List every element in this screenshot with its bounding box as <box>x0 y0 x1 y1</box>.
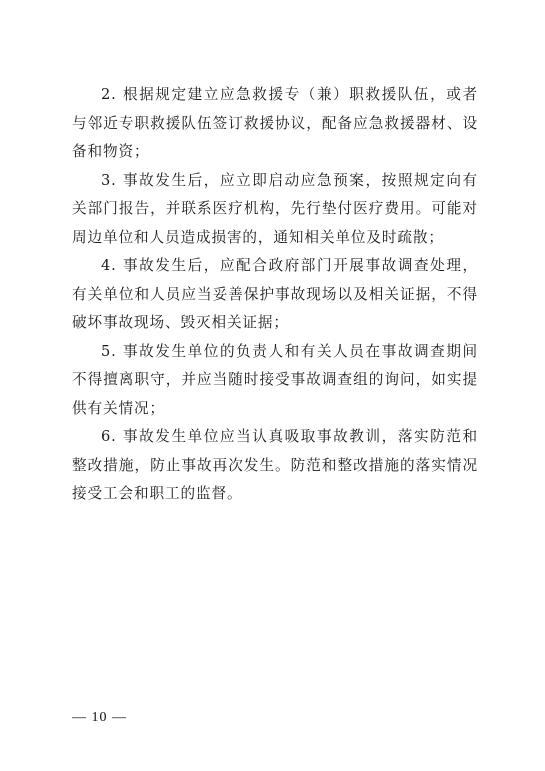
paragraph-item-4: 4. 事故发生后，应配合政府部门开展事故调查处理，有关单位和人员应当妥善保护事故… <box>72 252 478 338</box>
document-body: 2. 根据规定建立应急救援专（兼）职救援队伍，或者与邻近专职救援队伍签订救援协议… <box>72 81 478 509</box>
paragraph-item-2: 2. 根据规定建立应急救援专（兼）职救援队伍，或者与邻近专职救援队伍签订救援协议… <box>72 81 478 167</box>
paragraph-item-6: 6. 事故发生单位应当认真吸取事故教训，落实防范和整改措施，防止事故再次发生。防… <box>72 423 478 509</box>
paragraph-item-3: 3. 事故发生后，应立即启动应急预案，按照规定向有关部门报告，并联系医疗机构，先… <box>72 167 478 253</box>
paragraph-item-5: 5. 事故发生单位的负责人和有关人员在事故调查期间不得擅离职守，并应当随时接受事… <box>72 338 478 424</box>
document-page: 2. 根据规定建立应急救援专（兼）职救援队伍，或者与邻近专职救援队伍签订救援协议… <box>0 0 545 771</box>
page-number: — 10 — <box>72 710 127 726</box>
